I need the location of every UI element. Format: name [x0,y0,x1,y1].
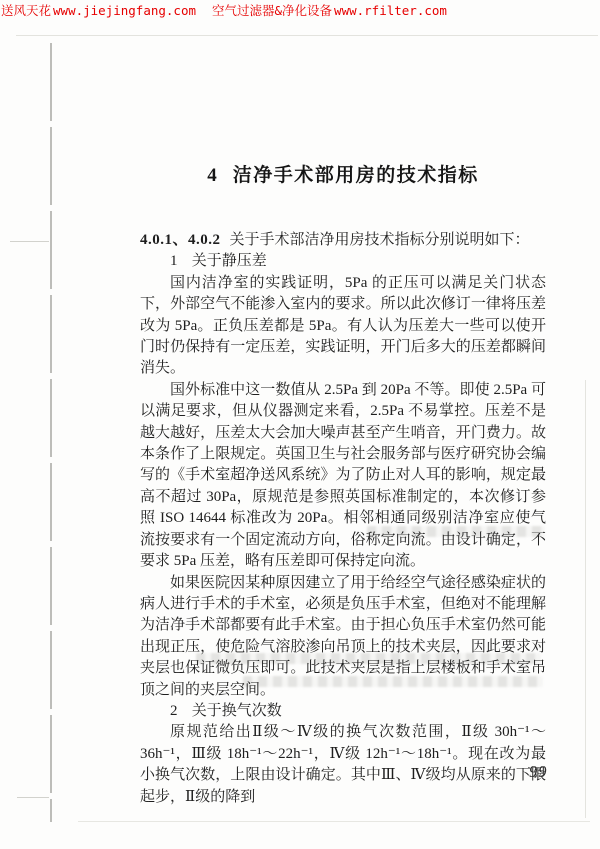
section-1-title: 关于静压差 [192,253,267,269]
section-1-number: 1 [170,253,178,269]
chapter-number: 4 [207,165,217,186]
watermark-right: 空气过滤器&净化设备 www.rfilter.com [212,3,447,18]
paragraph: 国外标准中这一数值从 2.5Pa 到 20Pa 不等。即使 2.5Pa 可以满足… [140,380,546,573]
watermark-left-brand: 送风天花 [1,3,51,18]
watermark-right-brand: 空气过滤器&净化设备 [212,3,332,18]
section-2-title: 关于换气次数 [192,703,282,719]
page-number: 99 [529,762,548,782]
clause-number: 4.0.1、4.0.2 [140,232,221,248]
section-heading-2: 2关于换气次数 [140,701,546,722]
paragraph: 国内洁净室的实践证明，5Pa 的正压可以满足关门状态下，外部空气不能渗入室内的要… [140,273,546,380]
chapter-title-text: 洁净手术部用房的技术指标 [233,165,479,186]
page-right-edge-line [585,380,586,818]
text-column: 4洁净手术部用房的技术指标 4.0.1、4.0.2关于手术部洁净用房技术指标分别… [140,163,546,808]
watermark-header: 送风天花www.jiejingfang.com 空气过滤器&净化设备 www.r… [1,3,447,18]
page-top-edge-line [16,35,598,36]
scanned-document-page: 送风天花www.jiejingfang.com 空气过滤器&净化设备 www.r… [0,0,600,849]
margin-tick-upper [10,241,49,242]
paragraph: 如果医院因某种原因建立了用于给经空气途径感染症状的病人进行手术的手术室，必须是负… [140,573,546,701]
binding-crease-line [50,43,52,822]
watermark-right-url: www.rfilter.com [334,3,447,18]
chapter-title: 4洁净手术部用房的技术指标 [140,163,546,189]
clause-intro: 关于手术部洁净用房技术指标分别说明如下： [230,232,530,248]
watermark-left-url: www.jiejingfang.com [53,3,196,18]
page-bottom-edge-line [78,821,590,822]
paragraph: 原规范给出Ⅱ级～Ⅳ级的换气次数范围，Ⅱ级 30h⁻¹～36h⁻¹，Ⅲ级 18h⁻… [140,722,546,808]
margin-tick-lower [17,797,49,798]
section-2-number: 2 [170,703,178,719]
clause-line: 4.0.1、4.0.2关于手术部洁净用房技术指标分别说明如下： [140,230,546,251]
watermark-left: 送风天花www.jiejingfang.com [1,3,196,18]
section-heading-1: 1关于静压差 [140,251,546,272]
